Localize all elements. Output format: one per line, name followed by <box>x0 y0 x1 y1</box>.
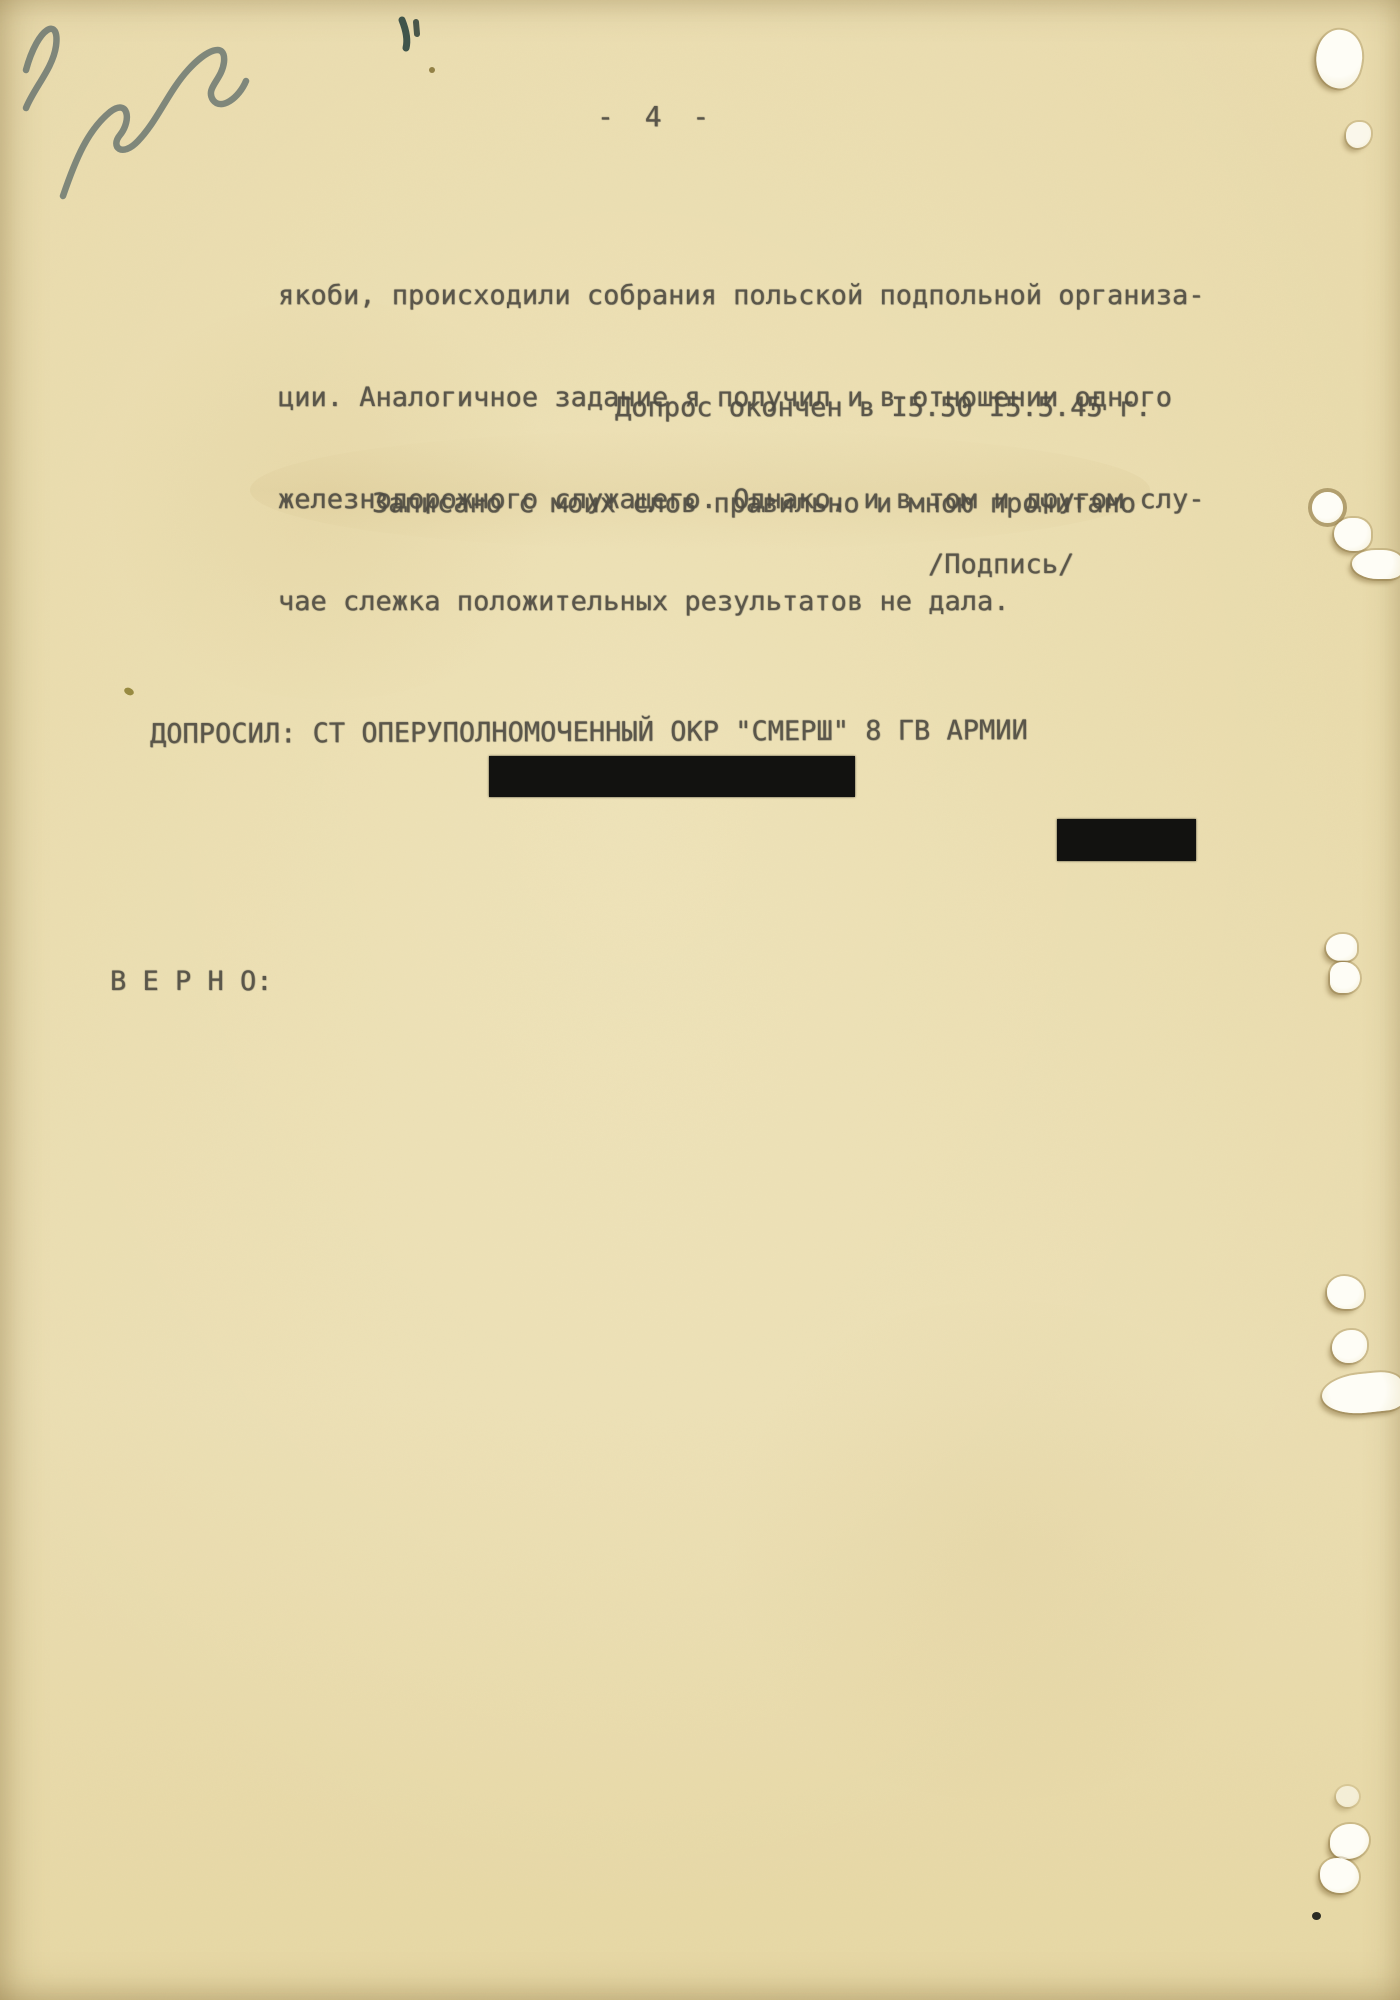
paper-speck <box>123 686 135 697</box>
body-paragraph: якоби, происходили собрания польской под… <box>278 211 1205 687</box>
redaction-bar-2 <box>1057 819 1196 861</box>
hole-punch-tear <box>1330 1824 1369 1859</box>
ink-tick-mark <box>390 10 450 80</box>
body-line-1: якоби, происходили собрания польской под… <box>278 279 1205 313</box>
hole-punch-tear <box>1312 492 1343 523</box>
hole-punch-tear <box>1327 1276 1364 1309</box>
page-number: - 4 - <box>597 100 716 133</box>
body-line-4: чае слежка положительных результатов не … <box>278 585 1205 619</box>
ink-dot <box>1312 1912 1321 1920</box>
scanned-document-page: - 4 - якоби, происходили собрания польск… <box>0 0 1400 2000</box>
signature-placeholder: /Подпись/ <box>928 548 1074 582</box>
hole-punch-tear <box>1330 962 1360 993</box>
hole-punch-tear <box>1332 1330 1367 1363</box>
hole-punch-tear <box>1310 26 1367 92</box>
hole-punch-tear <box>1346 122 1371 148</box>
certification-label: В Е Р Н О: <box>110 966 273 997</box>
hole-punch-tear <box>1336 1786 1359 1807</box>
hole-punch-tear <box>1326 934 1357 961</box>
hole-punch-tear <box>1352 550 1400 579</box>
hole-punch-tear <box>1320 1370 1400 1417</box>
interrogator-line: ДОПРОСИЛ: СТ ОПЕРУПОЛНОМОЧЕННЫЙ ОКР "СМЕ… <box>150 715 1028 750</box>
attestation-line: Записано с моих слов правильно и мною пр… <box>372 487 1136 521</box>
paper-stain <box>700 1300 1300 1800</box>
handwritten-scrawl <box>8 8 278 218</box>
interrogation-end-line: Допрос окончен в I5.50 I5.5.45 г. <box>615 391 1151 425</box>
hole-punch-tear <box>1334 518 1371 551</box>
redaction-bar-1 <box>489 756 855 797</box>
hole-punch-tear <box>1320 1858 1359 1893</box>
